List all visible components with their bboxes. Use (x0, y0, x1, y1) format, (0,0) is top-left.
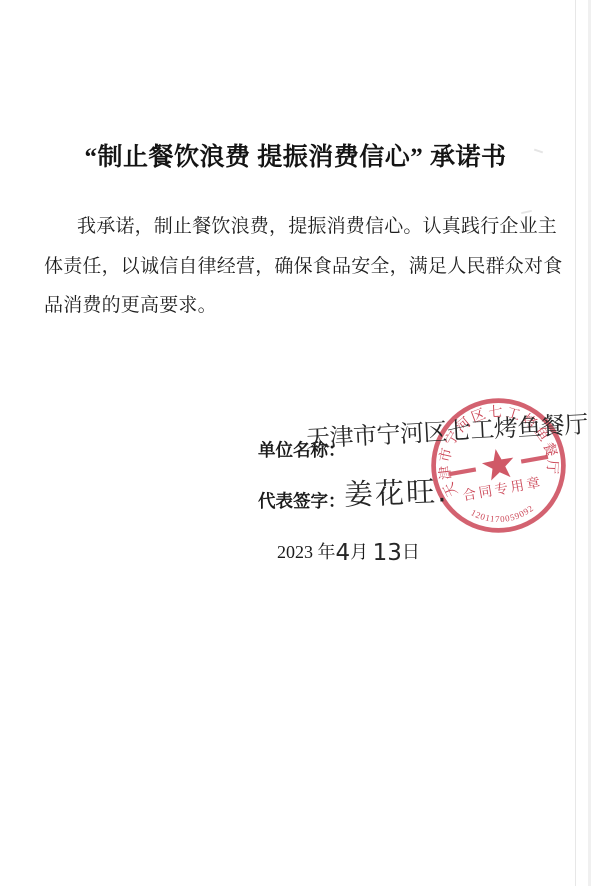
page-title: “制止餐饮浪费 提振消费信心” 承诺书 (0, 137, 591, 173)
seal-left-dash (449, 469, 476, 474)
date-day-handwritten: 13 (373, 540, 402, 566)
date-line: 2023 年4月 13日 (277, 538, 420, 565)
company-seal-graphic: 天津市宁河区七工烤鱼餐厅 合同专用章 1201170059092 (408, 375, 590, 557)
body-line: 品消费的更高要求。 (44, 286, 544, 326)
representative-handwritten-signature: 姜花旺. (343, 469, 449, 514)
date-month-handwritten: 4 (336, 540, 351, 566)
representative-signature-label: 代表签字： (258, 488, 346, 513)
seal-type-label: 合同专用章 (461, 473, 544, 503)
company-seal: 天津市宁河区七工烤鱼餐厅 合同专用章 1201170059092 (408, 375, 590, 557)
body-paragraph: 我承诺，制止餐饮浪费，提振消费信心。认真践行企业主 体责任，以诚信自律经营，确保… (44, 207, 544, 326)
date-year-printed: 2023 年 (277, 542, 336, 562)
seal-right-dash (521, 457, 548, 462)
scanned-commitment-letter-page: “制止餐饮浪费 提振消费信心” 承诺书 我承诺，制止餐饮浪费，提振消费信心。认真… (0, 0, 591, 886)
seal-serial-number: 1201170059092 (468, 497, 537, 530)
unit-name-handwritten-value: 天津市宁河区七工烤鱼餐厅 (305, 404, 588, 454)
date-day-label: 日 (402, 542, 420, 562)
body-line: 我承诺，制止餐饮浪费，提振消费信心。认真践行企业主 (44, 207, 544, 247)
body-line: 体责任，以诚信自律经营，确保食品安全，满足人民群众对食 (44, 247, 544, 287)
scan-edge-line (575, 0, 576, 886)
star-icon (480, 446, 517, 481)
date-month-label: 月 (350, 542, 373, 562)
